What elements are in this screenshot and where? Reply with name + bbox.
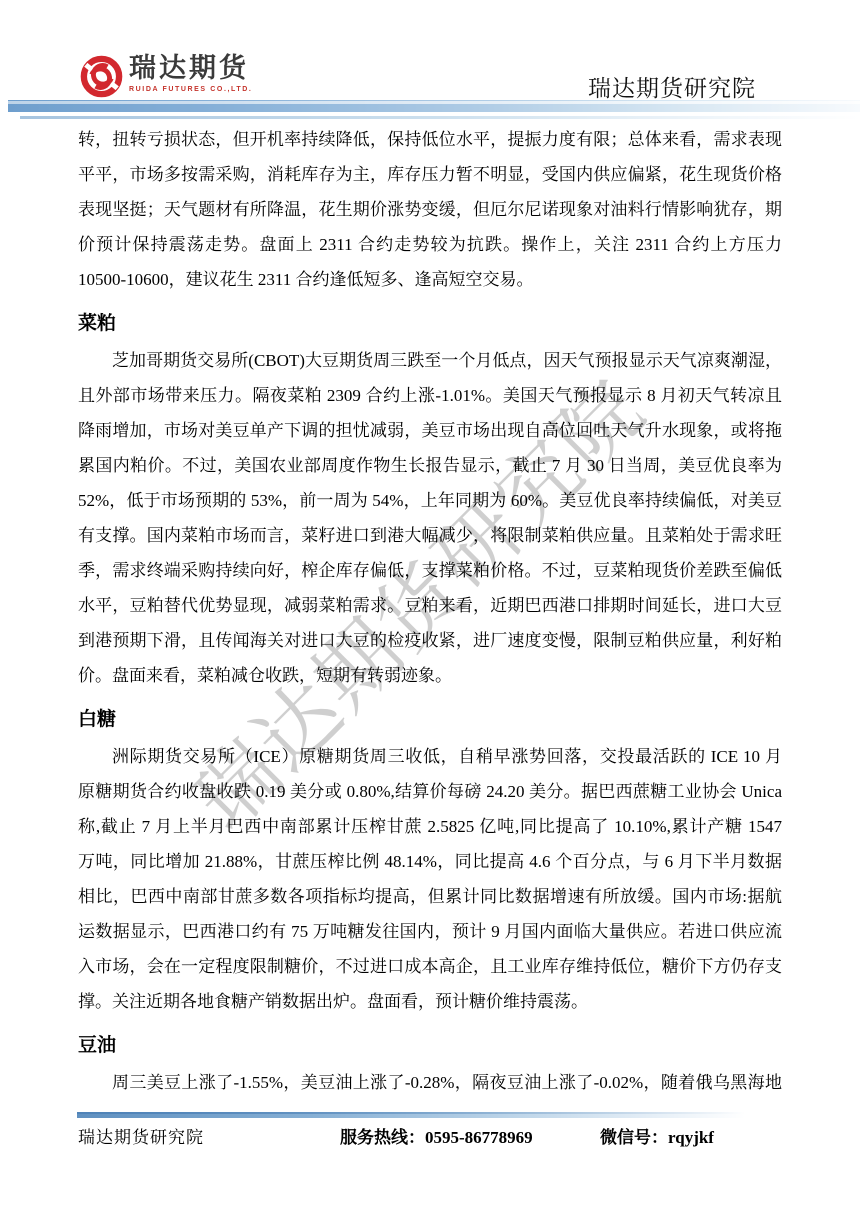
header-divider-bar	[8, 100, 860, 112]
body-line: 洲际期货交易所（ICE）原糖期货周三收低，自稍早涨势回落，交投最活跃的 ICE …	[78, 739, 782, 774]
body-line: 转，扭转亏损状态，但开机率持续降低，保持低位水平，提振力度有限；总体来看，需求表…	[78, 122, 782, 157]
footer-divider-bar	[77, 1112, 745, 1118]
body-line: 且外部市场带来压力。隔夜菜粕 2309 合约上涨-1.01%。美国天气预报显示 …	[78, 378, 782, 413]
body-line: 降雨增加，市场对美豆单产下调的担忧减弱，美豆市场出现自高位回吐天气升水现象，或将…	[78, 413, 782, 448]
body-line: 芝加哥期货交易所(CBOT)大豆期货周三跌至一个月低点，因天气预报显示天气凉爽潮…	[78, 343, 782, 378]
body-line: 52%，低于市场预期的 53%，前一周为 54%，上年同期为 60%。美豆优良率…	[78, 483, 782, 518]
brand-name: 瑞达期货	[129, 53, 252, 83]
footer-hotline-label: 服务热线：	[340, 1128, 425, 1147]
body-line: 累国内粕价。不过，美国农业部周度作物生长报告显示，截止 7 月 30 日当周，美…	[78, 448, 782, 483]
body-line: 运数据显示，巴西港口约有 75 万吨糖发往国内，预计 9 月国内面临大量供应。若…	[78, 914, 782, 949]
body-line: 万吨，同比增加 21.88%，甘蔗压榨比例 48.14%，同比提高 4.6 个百…	[78, 844, 782, 879]
page-footer: 瑞达期货研究院 服务热线：0595-86778969 微信号：rqyjkf	[0, 1123, 860, 1149]
footer-wechat-label: 微信号：	[600, 1128, 668, 1147]
footer-hotline-value: 0595-86778969	[425, 1128, 533, 1147]
body-line: 称,截止 7 月上半月巴西中南部累计压榨甘蔗 2.5825 亿吨,同比提高了 1…	[78, 809, 782, 844]
body-line: 有支撑。国内菜粕市场而言，菜籽进口到港大幅减少，将限制菜粕供应量。且菜粕处于需求…	[78, 518, 782, 553]
body-line: 价。盘面来看，菜粕减仓收跌，短期有转弱迹象。	[78, 658, 782, 693]
paragraph: 洲际期货交易所（ICE）原糖期货周三收低，自稍早涨势回落，交投最活跃的 ICE …	[78, 739, 782, 1019]
brand-subtitle: RUIDA FUTURES CO.,LTD.	[129, 86, 252, 93]
footer-hotline: 服务热线：0595-86778969	[340, 1123, 533, 1148]
logo-text-column: 瑞达期货 RUIDA FUTURES CO.,LTD.	[129, 53, 252, 93]
body-line: 表现坚挺；天气题材有所降温，花生期价涨势变缓，但厄尔尼诺现象对油料行情影响犹存，…	[78, 192, 782, 227]
report-page: 瑞达期货 RUIDA FUTURES CO.,LTD. 瑞达期货研究院 瑞达期货…	[0, 0, 860, 1217]
body-line: 撑。关注近期各地食糖产销数据出炉。盘面看，预计糖价维持震荡。	[78, 984, 782, 1019]
footer-wechat-value: rqyjkf	[668, 1128, 714, 1147]
body-line: 价预计保持震荡走势。盘面上 2311 合约走势较为抗跌。操作上，关注 2311 …	[78, 227, 782, 262]
body-line: 水平，豆粕替代优势显现，减弱菜粕需求。豆粕来看，近期巴西港口排期时间延长，进口大…	[78, 588, 782, 623]
section-heading: 白糖	[78, 705, 782, 735]
body-line: 相比，巴西中南部甘蔗多数各项指标均提高，但累计同比数据增速有所放缓。国内市场:据…	[78, 879, 782, 914]
body-line: 平平，市场多按需采购，消耗库存为主，库存压力暂不明显，受国内供应偏紧，花生现货价…	[78, 157, 782, 192]
body-line: 季，需求终端采购持续向好，榨企库存偏低，支撑菜粕价格。不过，豆菜粕现货价差跌至偏…	[78, 553, 782, 588]
paragraph: 转，扭转亏损状态，但开机率持续降低，保持低位水平，提振力度有限；总体来看，需求表…	[78, 122, 782, 297]
company-logo: 瑞达期货 RUIDA FUTURES CO.,LTD.	[78, 53, 252, 100]
body-line: 周三美豆上涨了-1.55%，美豆油上涨了-0.28%，隔夜豆油上涨了-0.02%…	[78, 1065, 782, 1100]
footer-wechat: 微信号：rqyjkf	[600, 1123, 714, 1148]
page-title: 瑞达期货研究院	[588, 70, 756, 103]
ruida-logo-icon	[78, 53, 125, 100]
body-line: 到港预期下滑，且传闻海关对进口大豆的检疫收紧，进厂速度变慢，限制豆粕供应量，利好…	[78, 623, 782, 658]
footer-institute: 瑞达期货研究院	[78, 1123, 204, 1148]
section-heading: 豆油	[78, 1031, 782, 1061]
paragraph: 周三美豆上涨了-1.55%，美豆油上涨了-0.28%，隔夜豆油上涨了-0.02%…	[78, 1065, 782, 1100]
body-line: 原糖期货合约收盘收跌 0.19 美分或 0.80%,结算价每磅 24.20 美分…	[78, 774, 782, 809]
section-heading: 菜粕	[78, 309, 782, 339]
body-line: 入市场，会在一定程度限制糖价，不过进口成本高企，且工业库存维持低位，糖价下方仍存…	[78, 949, 782, 984]
page-header: 瑞达期货 RUIDA FUTURES CO.,LTD. 瑞达期货研究院	[0, 0, 860, 120]
body-line: 10500-10600，建议花生 2311 合约逢低短多、逢高短空交易。	[78, 262, 782, 297]
paragraph: 芝加哥期货交易所(CBOT)大豆期货周三跌至一个月低点，因天气预报显示天气凉爽潮…	[78, 343, 782, 693]
header-divider-thin-line	[20, 116, 860, 119]
report-body: 转，扭转亏损状态，但开机率持续降低，保持低位水平，提振力度有限；总体来看，需求表…	[78, 122, 782, 1100]
